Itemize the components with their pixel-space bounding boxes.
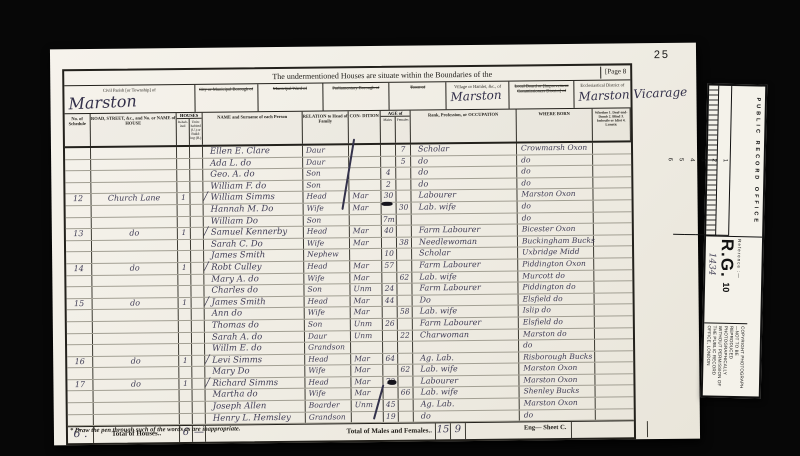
header-schedule: No. of Schedule xyxy=(65,114,91,146)
name-cell: Robt Culley xyxy=(204,262,304,274)
strip-ruler-section: 123456 PUBLIC RECORD OFFICE xyxy=(706,85,765,237)
infirmity-cell xyxy=(593,166,631,177)
relation-cell: Son xyxy=(303,180,349,191)
relation-cell: Grandson xyxy=(306,412,352,423)
whereborn-cell: Bicester Oxon xyxy=(518,224,594,235)
header-infirmity: Whether 1. Deaf-and-Dumb 2. Blind 3. Imb… xyxy=(593,108,631,140)
occupation-cell: Farm Labourer xyxy=(412,225,518,237)
name-cell: Sarah C. Do xyxy=(204,238,304,250)
infirmity-cell xyxy=(594,270,632,281)
infirmity-cell xyxy=(595,339,633,350)
condition-cell xyxy=(350,214,382,225)
condition-cell: Mar xyxy=(351,354,383,365)
age-male-cell: 40 xyxy=(382,226,397,237)
uninhabited-cell xyxy=(192,298,205,309)
inhabited-cell xyxy=(177,159,190,170)
whereborn-cell: Marston do xyxy=(519,328,595,339)
schedule-cell xyxy=(67,333,93,344)
age-male-cell: 2 xyxy=(381,180,396,191)
relation-cell: Wife xyxy=(305,366,351,377)
uninhabited-cell xyxy=(190,147,203,158)
occupation-cell: do xyxy=(414,410,520,422)
relation-cell: Wife xyxy=(305,308,351,319)
infirmity-cell xyxy=(593,177,631,188)
age-male-cell: 4 xyxy=(381,168,396,179)
infirmity-cell xyxy=(594,247,632,258)
age-female-cell: 58 xyxy=(398,307,413,318)
name-cell: Levi Simms xyxy=(205,354,305,366)
reference-number: R.G. 10 xyxy=(715,239,737,321)
relation-cell: Wife xyxy=(304,273,350,284)
age-female-cell: 5 xyxy=(396,156,411,167)
road-cell xyxy=(94,402,180,413)
schedule-cell: 14 xyxy=(66,264,92,275)
village-value: Marston xyxy=(450,88,502,104)
name-cell: Mary Do xyxy=(205,366,305,378)
condition-cell xyxy=(349,180,381,191)
occupation-cell: Labourer xyxy=(413,375,519,387)
schedule-cell xyxy=(66,287,92,298)
uninhabited-cell xyxy=(192,321,205,332)
age-female-cell xyxy=(399,400,414,411)
occupation-cell: Scholar xyxy=(411,144,517,156)
age-male-cell xyxy=(383,342,398,353)
ink-smudge xyxy=(382,202,393,206)
age-male-cell: 44 xyxy=(383,295,398,306)
age-female-cell xyxy=(397,249,412,260)
inhabited-cell xyxy=(180,402,193,413)
road-cell xyxy=(94,414,180,425)
inhabited-cell xyxy=(179,321,192,332)
schedule-cell xyxy=(67,345,93,356)
relation-cell: Son xyxy=(304,215,350,226)
relation-cell: Wife xyxy=(306,389,352,400)
age-female-cell xyxy=(399,411,414,422)
condition-cell: Unm xyxy=(350,284,382,295)
schedule-cell xyxy=(66,241,92,252)
occupation-cell: Farm Labourer xyxy=(412,283,518,295)
uninhabited-cell xyxy=(191,240,204,251)
parliamentary-borough-box: Parliamentary Borough of xyxy=(323,83,390,111)
occupation-cell: Farm Labourer xyxy=(413,317,519,329)
relation-cell: Son xyxy=(303,168,349,179)
road-cell: do xyxy=(92,263,178,274)
age-male-cell: 45 xyxy=(384,400,399,411)
local-board-box: Local Board or [Improvement Commissioner… xyxy=(510,81,575,109)
age-male-cell: 26 xyxy=(383,319,398,330)
condition-cell: Mar xyxy=(351,296,383,307)
whereborn-cell: Islip do xyxy=(519,305,595,316)
infirmity-cell xyxy=(595,328,633,339)
age-female-cell: 62 xyxy=(397,272,412,283)
infirmity-cell xyxy=(594,212,632,223)
uninhabited-cell xyxy=(192,367,205,378)
infirmity-cell xyxy=(595,374,633,385)
copyright-notice: COPYRIGHT PHOTOGRAPH—NOT TO BE REPRODUCE… xyxy=(703,322,748,391)
schedule-cell xyxy=(68,391,94,402)
condition-cell: Mar xyxy=(350,272,382,283)
occupation-cell: do xyxy=(411,178,517,190)
occupation-cell: Lab. wife xyxy=(414,387,520,399)
town-box: Town of xyxy=(390,82,447,110)
archive-reference-strip: 123456 PUBLIC RECORD OFFICE Reference :—… xyxy=(701,83,768,398)
uninhabited-cell xyxy=(192,355,205,366)
females-total: 9 xyxy=(451,423,466,439)
age-male-cell: 30 xyxy=(381,191,396,202)
schedule-cell xyxy=(65,171,91,182)
uninhabited-cell xyxy=(191,286,204,297)
relation-cell: Head xyxy=(305,354,351,365)
header-females: Females xyxy=(396,117,410,143)
inhabited-cell xyxy=(179,344,192,355)
name-cell: James Smith xyxy=(204,250,304,262)
occupation-cell: do xyxy=(411,155,517,167)
road-cell xyxy=(91,170,177,181)
civil-parish-box: Civil Parish [or Township] of Marston xyxy=(64,85,195,113)
infirmity-cell xyxy=(594,235,632,246)
name-cell: Hannah M. Do xyxy=(204,204,304,216)
ecclesiastical-district-box: Ecclesiastical District of Marston Vicar… xyxy=(574,80,630,108)
road-cell xyxy=(93,333,179,344)
infirmity-cell xyxy=(593,142,631,153)
header-road: ROAD, STREET, &c., and No. or NAME of HO… xyxy=(91,113,177,146)
age-male-cell xyxy=(381,145,396,156)
whereborn-cell: do xyxy=(518,201,594,212)
census-form: The undermentioned Houses are situate wi… xyxy=(62,63,636,445)
schedule-cell xyxy=(66,252,92,263)
age-female-cell: 38 xyxy=(397,237,412,248)
inhabited-cell xyxy=(178,205,191,216)
relation-cell: Head xyxy=(304,261,350,272)
occupation-cell: Lab. wife xyxy=(413,306,519,318)
age-male-cell xyxy=(382,272,397,283)
condition-cell xyxy=(350,249,382,260)
inhabited-cell xyxy=(178,286,191,297)
name-cell: Joseph Allen xyxy=(206,401,306,413)
age-female-cell xyxy=(398,319,413,330)
occupation-cell: Lab. wife xyxy=(412,201,518,213)
uninhabited-cell xyxy=(192,332,205,343)
occupation-cell: Ag. Lab. xyxy=(413,352,519,364)
whereborn-cell: Piddington do xyxy=(518,282,594,293)
road-cell xyxy=(91,159,177,170)
occupation-cell: Lab. wife xyxy=(413,364,519,376)
inhabited-cell: 1 xyxy=(179,298,192,309)
village-box: Village or Hamlet, &c., of Marston xyxy=(447,82,510,110)
whereborn-cell: Shenley Bucks xyxy=(520,386,596,397)
infirmity-cell xyxy=(595,316,633,327)
inhabited-cell: 1 xyxy=(178,228,191,239)
header-name: NAME and Surname of each Person xyxy=(203,112,303,145)
header-inhabited: In-hab-ited xyxy=(177,119,190,145)
condition-cell: Mar xyxy=(350,238,382,249)
schedule-cell xyxy=(68,415,94,426)
inhabited-cell: 1 xyxy=(177,193,190,204)
uninhabited-cell xyxy=(192,344,205,355)
whereborn-cell: do xyxy=(520,409,596,420)
inhabited-cell xyxy=(178,240,191,251)
age-female-cell xyxy=(397,214,412,225)
whereborn-cell: Marston Oxon xyxy=(519,375,595,386)
occupation-cell xyxy=(412,213,518,225)
road-cell xyxy=(93,309,179,320)
age-male-cell: 10 xyxy=(382,249,397,260)
uninhabited-cell xyxy=(190,182,203,193)
relation-cell: Daur xyxy=(303,145,349,156)
age-female-cell: 7 xyxy=(396,145,411,156)
condition-cell: Mar xyxy=(351,377,383,388)
infirmity-cell xyxy=(595,293,633,304)
name-cell: William Do xyxy=(204,215,304,227)
whereborn-cell: Elsfield do xyxy=(519,293,595,304)
reference-piece: 10 xyxy=(721,282,731,292)
infirmity-cell xyxy=(593,154,631,165)
road-cell: do xyxy=(92,228,178,239)
age-female-cell xyxy=(398,342,413,353)
occupation-cell xyxy=(413,341,519,353)
whereborn-cell: Piddington Oxon xyxy=(518,259,594,270)
relation-cell: Head xyxy=(304,226,350,237)
infirmity-cell xyxy=(593,189,631,200)
age-male-cell: 7m xyxy=(382,214,397,225)
uninhabited-cell xyxy=(190,158,203,169)
name-cell: Sarah A. do xyxy=(205,331,305,343)
name-cell: Ada L. do xyxy=(203,157,303,169)
name-cell: Ann do xyxy=(205,308,305,320)
ink-smudge xyxy=(387,380,396,385)
age-female-cell xyxy=(397,261,412,272)
road-cell xyxy=(92,240,178,251)
name-cell: Richard Simms xyxy=(205,378,305,390)
road-cell: do xyxy=(93,379,179,390)
municipal-borough-box: City or Municipal Borough of xyxy=(195,84,258,112)
schedule-cell xyxy=(66,218,92,229)
road-cell xyxy=(93,321,179,332)
age-female-cell xyxy=(397,226,412,237)
occupation-cell: Lab. wife xyxy=(412,271,518,283)
inhabited-cell xyxy=(178,216,191,227)
name-cell: Thomas do xyxy=(205,320,305,332)
schedule-cell: 13 xyxy=(66,229,92,240)
name-cell: James Smith xyxy=(205,296,305,308)
occupation-cell: Needlewoman xyxy=(412,236,518,248)
census-document: 25 The undermentioned Houses are situate… xyxy=(50,43,700,446)
age-male-cell: 57 xyxy=(382,261,397,272)
schedule-cell: 17 xyxy=(67,380,93,391)
infirmity-cell xyxy=(596,397,634,408)
schedule-cell xyxy=(67,322,93,333)
age-female-cell xyxy=(396,168,411,179)
form-title: The undermentioned Houses are situate wi… xyxy=(202,69,492,81)
age-male-cell: 19 xyxy=(384,411,399,422)
name-cell: Willm E. do xyxy=(205,343,305,355)
infirmity-cell xyxy=(595,351,633,362)
inhabited-cell xyxy=(180,390,193,401)
relation-cell: Grandson xyxy=(305,342,351,353)
males-females-total-label: Total of Males and Females.. xyxy=(206,424,436,442)
road-cell xyxy=(92,217,178,228)
schedule-cell xyxy=(68,403,94,414)
males-total: 15 xyxy=(436,423,451,439)
whereborn-cell: Risborough Bucks xyxy=(519,351,595,362)
road-cell: do xyxy=(93,298,179,309)
uninhabited-cell xyxy=(191,263,204,274)
reference-series: R.G. xyxy=(717,239,737,278)
condition-cell: Mar xyxy=(351,307,383,318)
age-male-cell xyxy=(382,238,397,249)
header-age-group: AGE of Males Females xyxy=(381,111,411,143)
whereborn-cell: do xyxy=(519,340,595,351)
age-male-cell: 64 xyxy=(383,353,398,364)
relation-cell: Son xyxy=(305,319,351,330)
occupation-cell: Labourer xyxy=(411,190,517,202)
condition-cell: Mar xyxy=(350,226,382,237)
header-houses-group: HOUSES In-hab-ited Unin-habited (U.) or … xyxy=(177,113,203,145)
local-board-label: Local Board or [Improvement Commissioner… xyxy=(510,81,574,94)
condition-cell xyxy=(349,145,381,156)
relation-cell: Head xyxy=(305,377,351,388)
name-cell: Mary A. do xyxy=(204,273,304,285)
schedule-cell: 12 xyxy=(65,194,91,205)
occupation-cell: Do xyxy=(413,294,519,306)
uninhabited-cell xyxy=(192,309,205,320)
inhabited-cell: 1 xyxy=(179,379,192,390)
uninhabited-cell xyxy=(192,379,205,390)
header-uninhabited: Unin-habited (U.) or Build-ing (B.) xyxy=(190,119,202,145)
municipal-borough-label: City or Municipal Borough of xyxy=(195,84,257,92)
inhabited-cell xyxy=(179,367,192,378)
road-cell xyxy=(93,344,179,355)
strip-reference-section: Reference :— R.G. 10 1434 xyxy=(704,236,743,323)
name-cell: Samuel Kennerby xyxy=(204,227,304,239)
uninhabited-cell xyxy=(193,390,206,401)
infirmity-cell xyxy=(594,200,632,211)
age-female-cell: 22 xyxy=(398,330,413,341)
schedule-cell xyxy=(67,310,93,321)
header-whereborn: WHERE BORN xyxy=(517,109,593,142)
inhabited-cell xyxy=(178,274,191,285)
municipal-ward-box: Municipal Ward of xyxy=(258,84,323,112)
inhabited-cell xyxy=(177,147,190,158)
road-cell xyxy=(92,286,178,297)
condition-cell xyxy=(352,412,384,423)
schedule-cell xyxy=(65,160,91,171)
schedule-cell xyxy=(65,183,91,194)
uninhabited-cell xyxy=(193,402,206,413)
inhabited-cell xyxy=(179,332,192,343)
condition-cell xyxy=(349,157,381,168)
whereborn-cell: do xyxy=(518,212,594,223)
road-cell xyxy=(92,205,178,216)
whereborn-cell: Murcott do xyxy=(518,270,594,281)
age-female-cell xyxy=(398,376,413,387)
inhabited-cell: 1 xyxy=(178,263,191,274)
civil-parish-value: Marston xyxy=(68,91,137,113)
age-male-cell: 24 xyxy=(382,284,397,295)
age-female-cell xyxy=(398,295,413,306)
age-male-cell xyxy=(383,365,398,376)
road-cell xyxy=(92,275,178,286)
inhabited-cell xyxy=(177,170,190,181)
whereborn-cell: Marston Oxon xyxy=(519,363,595,374)
occupation-cell: Farm Labourer xyxy=(412,259,518,271)
infirmity-cell xyxy=(594,258,632,269)
road-cell xyxy=(92,251,178,262)
age-female-cell xyxy=(396,179,411,190)
uninhabited-cell xyxy=(191,228,204,239)
municipal-ward-label: Municipal Ward of xyxy=(258,84,322,92)
name-cell: Ellen E. Clare xyxy=(203,146,303,158)
whereborn-cell: Marston Oxon xyxy=(517,189,593,200)
uninhabited-cell xyxy=(191,216,204,227)
uninhabited-cell xyxy=(191,205,204,216)
road-cell: Church Lane xyxy=(91,193,177,204)
condition-cell: Mar xyxy=(350,203,382,214)
condition-cell xyxy=(349,168,381,179)
road-cell xyxy=(93,367,179,378)
occupation-cell: do xyxy=(411,167,517,179)
road-cell: do xyxy=(93,356,179,367)
header-occupation: Rank, Profession, or OCCUPATION xyxy=(411,110,517,143)
whereborn-cell: do xyxy=(517,177,593,188)
inhabited-cell xyxy=(179,309,192,320)
schedule-cell xyxy=(66,275,92,286)
name-cell: William F. do xyxy=(203,181,303,193)
parliamentary-borough-label: Parliamentary Borough of xyxy=(323,83,389,91)
infirmity-cell xyxy=(594,223,632,234)
condition-cell: Unm xyxy=(351,319,383,330)
name-cell: Charles do xyxy=(204,285,304,297)
inhabited-cell: 1 xyxy=(179,356,192,367)
schedule-cell: 16 xyxy=(67,357,93,368)
infirmity-cell xyxy=(596,409,634,420)
uninhabited-cell xyxy=(190,193,203,204)
condition-cell: Unm xyxy=(351,330,383,341)
totals-born-spacer xyxy=(572,421,648,438)
age-male-cell xyxy=(381,156,396,167)
relation-cell: Nephew xyxy=(304,250,350,261)
condition-cell: Mar xyxy=(351,365,383,376)
relation-cell: Wife xyxy=(304,238,350,249)
road-cell xyxy=(91,147,177,158)
age-female-cell xyxy=(397,284,412,295)
condition-cell: Mar xyxy=(350,261,382,272)
whereborn-cell: do xyxy=(517,166,593,177)
age-female-cell: 62 xyxy=(398,365,413,376)
name-cell: Henry L. Hemsley xyxy=(206,412,306,424)
schedule-cell: 15 xyxy=(67,299,93,310)
inhabited-cell xyxy=(178,251,191,262)
whereborn-cell: Elsfield do xyxy=(519,317,595,328)
relation-cell: Son xyxy=(304,284,350,295)
town-label: Town of xyxy=(390,82,446,90)
whereborn-cell: Crowmarsh Oxon xyxy=(517,143,593,154)
uninhabited-cell xyxy=(191,274,204,285)
road-cell xyxy=(91,182,177,193)
uninhabited-cell xyxy=(191,251,204,262)
age-female-cell: 66 xyxy=(399,388,414,399)
infirmity-cell xyxy=(596,386,634,397)
inhabited-cell xyxy=(180,414,193,425)
inhabited-cell xyxy=(177,182,190,193)
infirmity-cell xyxy=(594,281,632,292)
occupation-cell: Charwoman xyxy=(413,329,519,341)
occupation-cell: Scholar xyxy=(412,248,518,260)
infirmity-cell xyxy=(595,363,633,374)
whereborn-cell: Buckingham Bucks xyxy=(518,235,594,246)
sheet-label: Eng— Sheet C. xyxy=(524,424,567,431)
relation-cell: Daur xyxy=(303,157,349,168)
